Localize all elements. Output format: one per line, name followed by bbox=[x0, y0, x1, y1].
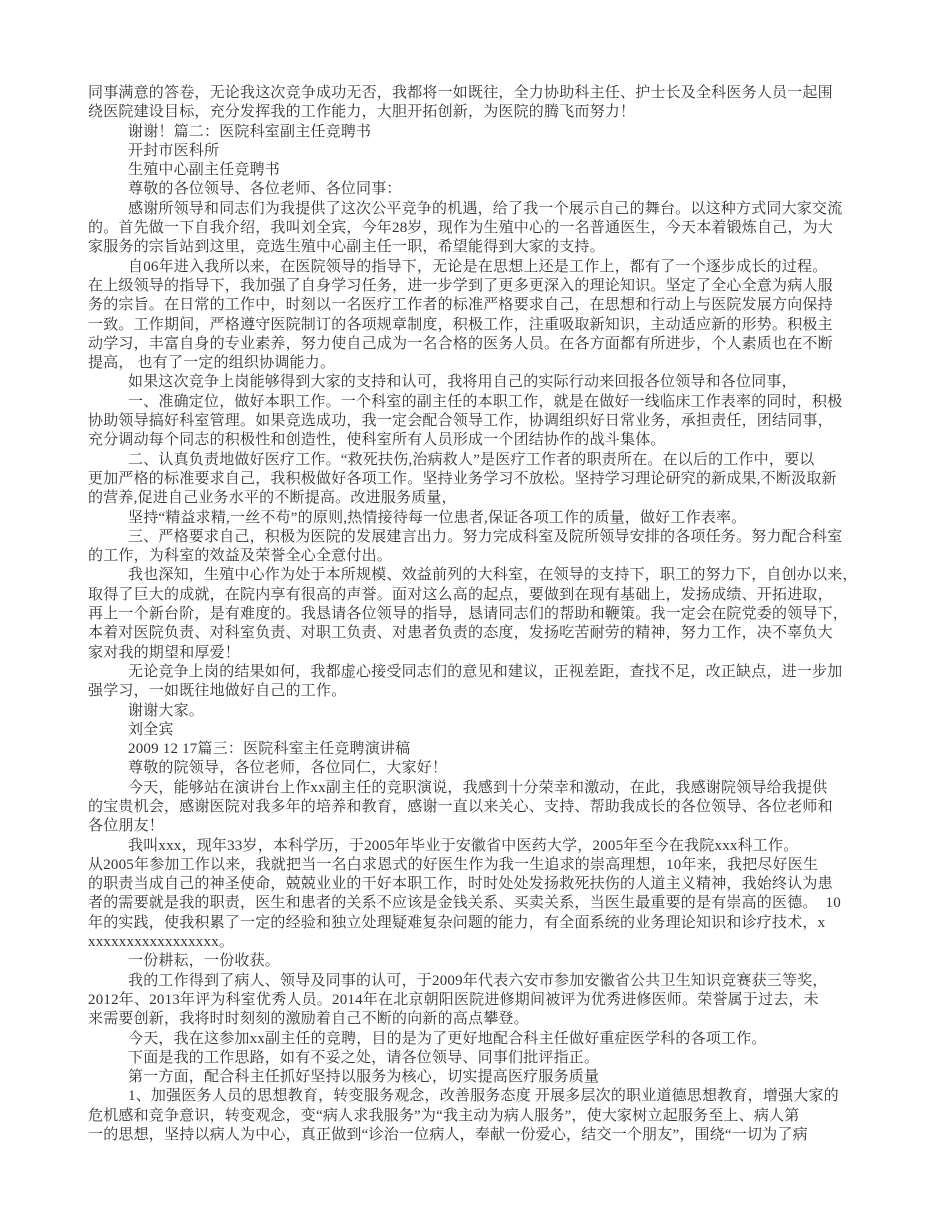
document-line: 的工作，为科室的效益及荣誉全心全意付出。 bbox=[88, 547, 888, 566]
document-line: 如果这次竞争上岗能够得到大家的支持和认可，我将用自己的实际行动来回报各位领导和各… bbox=[88, 373, 888, 392]
document-line: 我的工作得到了病人、领导及同事的认可，于2009年代表六安市参加安徽省公共卫生知… bbox=[88, 972, 888, 991]
document-line: 2012年、2013年评为科室优秀人员。2014年在北京朝阳医院进修期间被评为优… bbox=[88, 991, 888, 1010]
document-line: 再上一个新台阶，是有难度的。我恳请各位领导的指导，恳请同志们的帮助和鞭策。我一定… bbox=[88, 605, 888, 624]
document-line: 感谢所领导和同志们为我提供了这次公平竞争的机遇，给了我一个展示自己的舞台。以这种… bbox=[88, 200, 888, 219]
document-line: 二、认真负责地做好医疗工作。“救死扶伤,治病救人”是医疗工作者的职责所在。在以后… bbox=[88, 451, 888, 470]
document-line: 下面是我的工作思路，如有不妥之处，请各位领导、同事们批评指正。 bbox=[88, 1049, 888, 1068]
document-line: 同事满意的答卷，无论我这次竞争成功无否，我都将一如既往，全力协助科主任、护士长及… bbox=[88, 84, 888, 103]
document-line: 无论竞争上岗的结果如何，我都虚心接受同志们的意见和建议，正视差距，查找不足，改正… bbox=[88, 663, 888, 682]
document-line: 提高， 也有了一定的组织协调能力。 bbox=[88, 354, 888, 373]
document-line: 强学习，一如既往地做好自己的工作。 bbox=[88, 682, 888, 701]
document-line: 者的需要就是我的职责，医生和患者的关系不应该是金钱关系、买卖关系，当医生最重要的… bbox=[88, 894, 888, 913]
document-line: 2009 12 17篇三：医院科室主任竞聘演讲稿 bbox=[88, 740, 888, 759]
document-line: 的营养,促进自己业务水平的不断提高。改进服务质量， bbox=[88, 489, 888, 508]
document-line: 坚持“精益求精,一丝不苟”的原则,热情接待每一位患者,保证各项工作的质量，做好工… bbox=[88, 509, 888, 528]
document-line: 危机感和竞争意识，转变观念，变“病人求我服务”为“我主动为病人服务”，使大家树立… bbox=[88, 1107, 888, 1126]
document-line: 来需要创新，我将时时刻刻的激励着自己不断的向新的高点攀登。 bbox=[88, 1010, 888, 1029]
document-line: 尊敬的院领导，各位老师，各位同仁，大家好！ bbox=[88, 759, 888, 778]
document-line: 一、准确定位，做好本职工作。一个科室的副主任的本职工作，就是在做好一线临床工作表… bbox=[88, 393, 888, 412]
document-line: 我也深知，生殖中心作为处于本所规模、效益前列的大科室，在领导的支持下，职工的努力… bbox=[88, 566, 888, 585]
document-line: 三、严格要求自己，积极为医院的发展建言出力。努力完成科室及院所领导安排的各项任务… bbox=[88, 528, 888, 547]
document-line: 第一方面，配合科主任抓好坚持以服务为核心，切实提高医疗服务质量 bbox=[88, 1068, 888, 1087]
document-line: 谢谢！篇二：医院科室副主任竞聘书 bbox=[88, 123, 888, 142]
document-line: 取得了巨大的成就，在院内享有很高的声誉。面对这么高的起点，要做到在现有基础上，发… bbox=[88, 586, 888, 605]
document-line: 务的宗旨。在日常的工作中，时刻以一名医疗工作者的标准严格要求自己，在思想和行动上… bbox=[88, 296, 888, 315]
document-line: 的宝贵机会，感谢医院对我多年的培养和教育，感谢一直以来关心、支持、帮助我成长的各… bbox=[88, 798, 888, 817]
document-line: 绕医院建设目标，充分发挥我的工作能力，大胆开拓创新，为医院的腾飞而努力！ bbox=[88, 103, 888, 122]
document-line: 一致。工作期间，严格遵守医院制订的各项规章制度，积极工作，注重吸取新知识，主动适… bbox=[88, 316, 888, 335]
document-line: 刘全宾 bbox=[88, 721, 888, 740]
document-page: 同事满意的答卷，无论我这次竞争成功无否，我都将一如既往，全力协助科主任、护士长及… bbox=[0, 0, 950, 1230]
document-line: 家服务的宗旨站到这里，竞选生殖中心副主任一职，希望能得到大家的支持。 bbox=[88, 238, 888, 257]
document-line: xxxxxxxxxxxxxxxxx。 bbox=[88, 933, 888, 952]
document-line: 尊敬的各位领导、各位老师、各位同事： bbox=[88, 180, 888, 199]
document-line: 自06年进入我所以来，在医院领导的指导下，无论是在思想上还是工作上，都有了一个逐… bbox=[88, 258, 888, 277]
document-line: 的。首先做一下自我介绍，我叫刘全宾，今年28岁，现作为生殖中心的一名普通医生，今… bbox=[88, 219, 888, 238]
document-line: 更加严格的标准要求自己，我积极做好各项工作。坚持业务学习不放松。坚持学习理论研究… bbox=[88, 470, 888, 489]
document-line: 充分调动每个同志的积极性和创造性，使科室所有人员形成一个团结协作的战斗集体。 bbox=[88, 431, 888, 450]
document-line: 从2005年参加工作以来，我就把当一名白求恩式的好医生作为我一生追求的崇高理想，… bbox=[88, 856, 888, 875]
document-line: 生殖中心副主任竞聘书 bbox=[88, 161, 888, 180]
document-line: 的职责当成自己的神圣使命，兢兢业业的干好本职工作，时时处处发扬救死扶伤的人道主义… bbox=[88, 875, 888, 894]
document-line: 年的实践，使我积累了一定的经验和独立处理疑难复杂问题的能力，有全面系统的业务理论… bbox=[88, 914, 888, 933]
document-line: 今天，能够站在演讲台上作xx副主任的竞职演说，我感到十分荣幸和激动，在此，我感谢… bbox=[88, 779, 888, 798]
document-line: 一的思想，坚持以病人为中心，真正做到“诊治一位病人，奉献一份爱心，结交一个朋友”… bbox=[88, 1126, 888, 1145]
document-line: 家对我的期望和厚爱！ bbox=[88, 644, 888, 663]
document-line: 在上级领导的指导下，我加强了自身学习任务，进一步学到了更多更深入的理论知识。坚定… bbox=[88, 277, 888, 296]
document-line: 动学习，丰富自身的专业素养，努力使自己成为一名合格的医务人员。在各方面都有所进步… bbox=[88, 335, 888, 354]
document-text: 同事满意的答卷，无论我这次竞争成功无否，我都将一如既往，全力协助科主任、护士长及… bbox=[88, 84, 888, 1145]
document-line: 今天，我在这参加xx副主任的竞聘，目的是为了更好地配合科主任做好重症医学科的各项… bbox=[88, 1030, 888, 1049]
document-line: 谢谢大家。 bbox=[88, 702, 888, 721]
document-line: 本着对医院负责、对科室负责、对职工负责、对患者负责的态度，发扬吃苦耐劳的精神，努… bbox=[88, 624, 888, 643]
document-line: 协助领导搞好科室管理。如果竞选成功，我一定会配合领导工作，协调组织好日常业务，承… bbox=[88, 412, 888, 431]
document-line: 一份耕耘，一份收获。 bbox=[88, 952, 888, 971]
document-line: 各位朋友！ bbox=[88, 817, 888, 836]
document-line: 开封市医科所 bbox=[88, 142, 888, 161]
document-line: 我叫xxx，现年33岁，本科学历，于2005年毕业于安徽省中医药大学，2005年… bbox=[88, 837, 888, 856]
document-line: 1、加强医务人员的思想教育，转变服务观念，改善服务态度 开展多层次的职业道德思想… bbox=[88, 1087, 888, 1106]
